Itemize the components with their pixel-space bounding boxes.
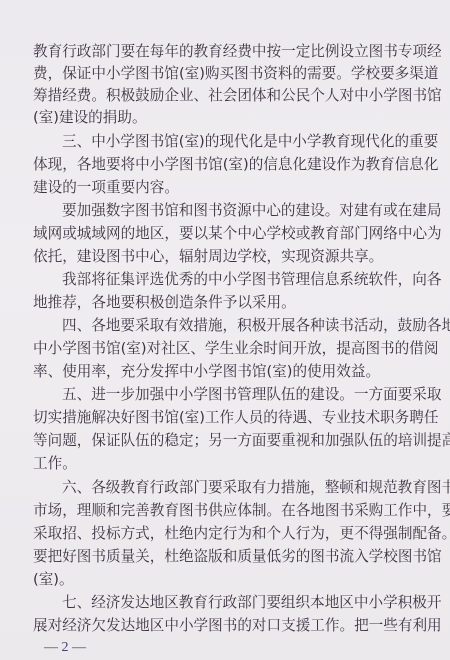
text-line: 四、各地要采取有效措施，积极开展各种读书活动，鼓励各地 [62, 316, 435, 336]
text-line: 依托，建设图书中心，辐射周边学校，实现资源共享。 [33, 247, 435, 267]
text-line: (室)建设的捐助。 [33, 108, 435, 128]
text-line: 工作。 [33, 454, 435, 474]
text-line: 率、使用率，充分发挥中小学图书馆(室)的使用效益。 [33, 362, 435, 382]
text-line: 切实措施解决好图书馆(室)工作人员的待遇、专业技术职务聘任 [33, 408, 435, 428]
text-line: 中小学图书馆(室)对社区、学生业余时间开放，提高图书的借阅 [33, 339, 435, 359]
text-line: 建设的一项重要内容。 [33, 178, 435, 198]
text-line: 七、经济发达地区教育行政部门要组织本地区中小学积极开 [62, 593, 435, 613]
text-line: 要把好图书质量关，杜绝盗版和质量低劣的图书流入学校图书馆 [33, 547, 435, 567]
text-line: 展对经济欠发达地区中小学图书的对口支援工作。把一些有利用 [33, 616, 435, 636]
document-page: 教育行政部门要在每年的教育经费中按一定比例设立图书专项经费，保证中小学图书馆(室… [0, 0, 450, 660]
text-line: (室)。 [33, 570, 435, 590]
text-line: 等问题，保证队伍的稳定；另一方面要重视和加强队伍的培训提高 [33, 431, 435, 451]
text-line: 地推荐，各地要积极创造条件予以采用。 [33, 293, 435, 313]
text-line: 费，保证中小学图书馆(室)购买图书资料的需要。学校要多渠道 [33, 64, 435, 84]
text-line: 采取招、投标方式，杜绝内定行为和个人行为，更不得强制配备。 [33, 524, 435, 544]
text-line: 体现，各地要将中小学图书馆(室)的信息化建设作为教育信息化 [33, 155, 435, 175]
text-line: 我部将征集评选优秀的中小学图书管理信息系统软件，向各 [62, 270, 435, 290]
text-line: 六、各级教育行政部门要采取有力措施，整顿和规范教育图书 [62, 478, 435, 498]
text-line: 教育行政部门要在每年的教育经费中按一定比例设立图书专项经 [33, 42, 435, 62]
text-line: 五、进一步加强中小学图书管理队伍的建设。一方面要采取 [62, 385, 435, 405]
text-line: 筹措经费。积极鼓励企业、社会团体和公民个人对中小学图书馆 [33, 86, 435, 106]
text-line: 域网或城域网的地区，要以某个中心学校或教育部门网络中心为 [33, 224, 435, 244]
text-line: 市场，理顺和完善教育图书供应体制。在各地图书采购工作中，要 [33, 501, 435, 521]
page-number: — 2 — [44, 640, 86, 656]
text-line: 三、中小学图书馆(室)的现代化是中小学教育现代化的重要 [62, 132, 435, 152]
text-line: 要加强数字图书馆和图书资源中心的建设。对建有或在建局 [62, 201, 435, 221]
